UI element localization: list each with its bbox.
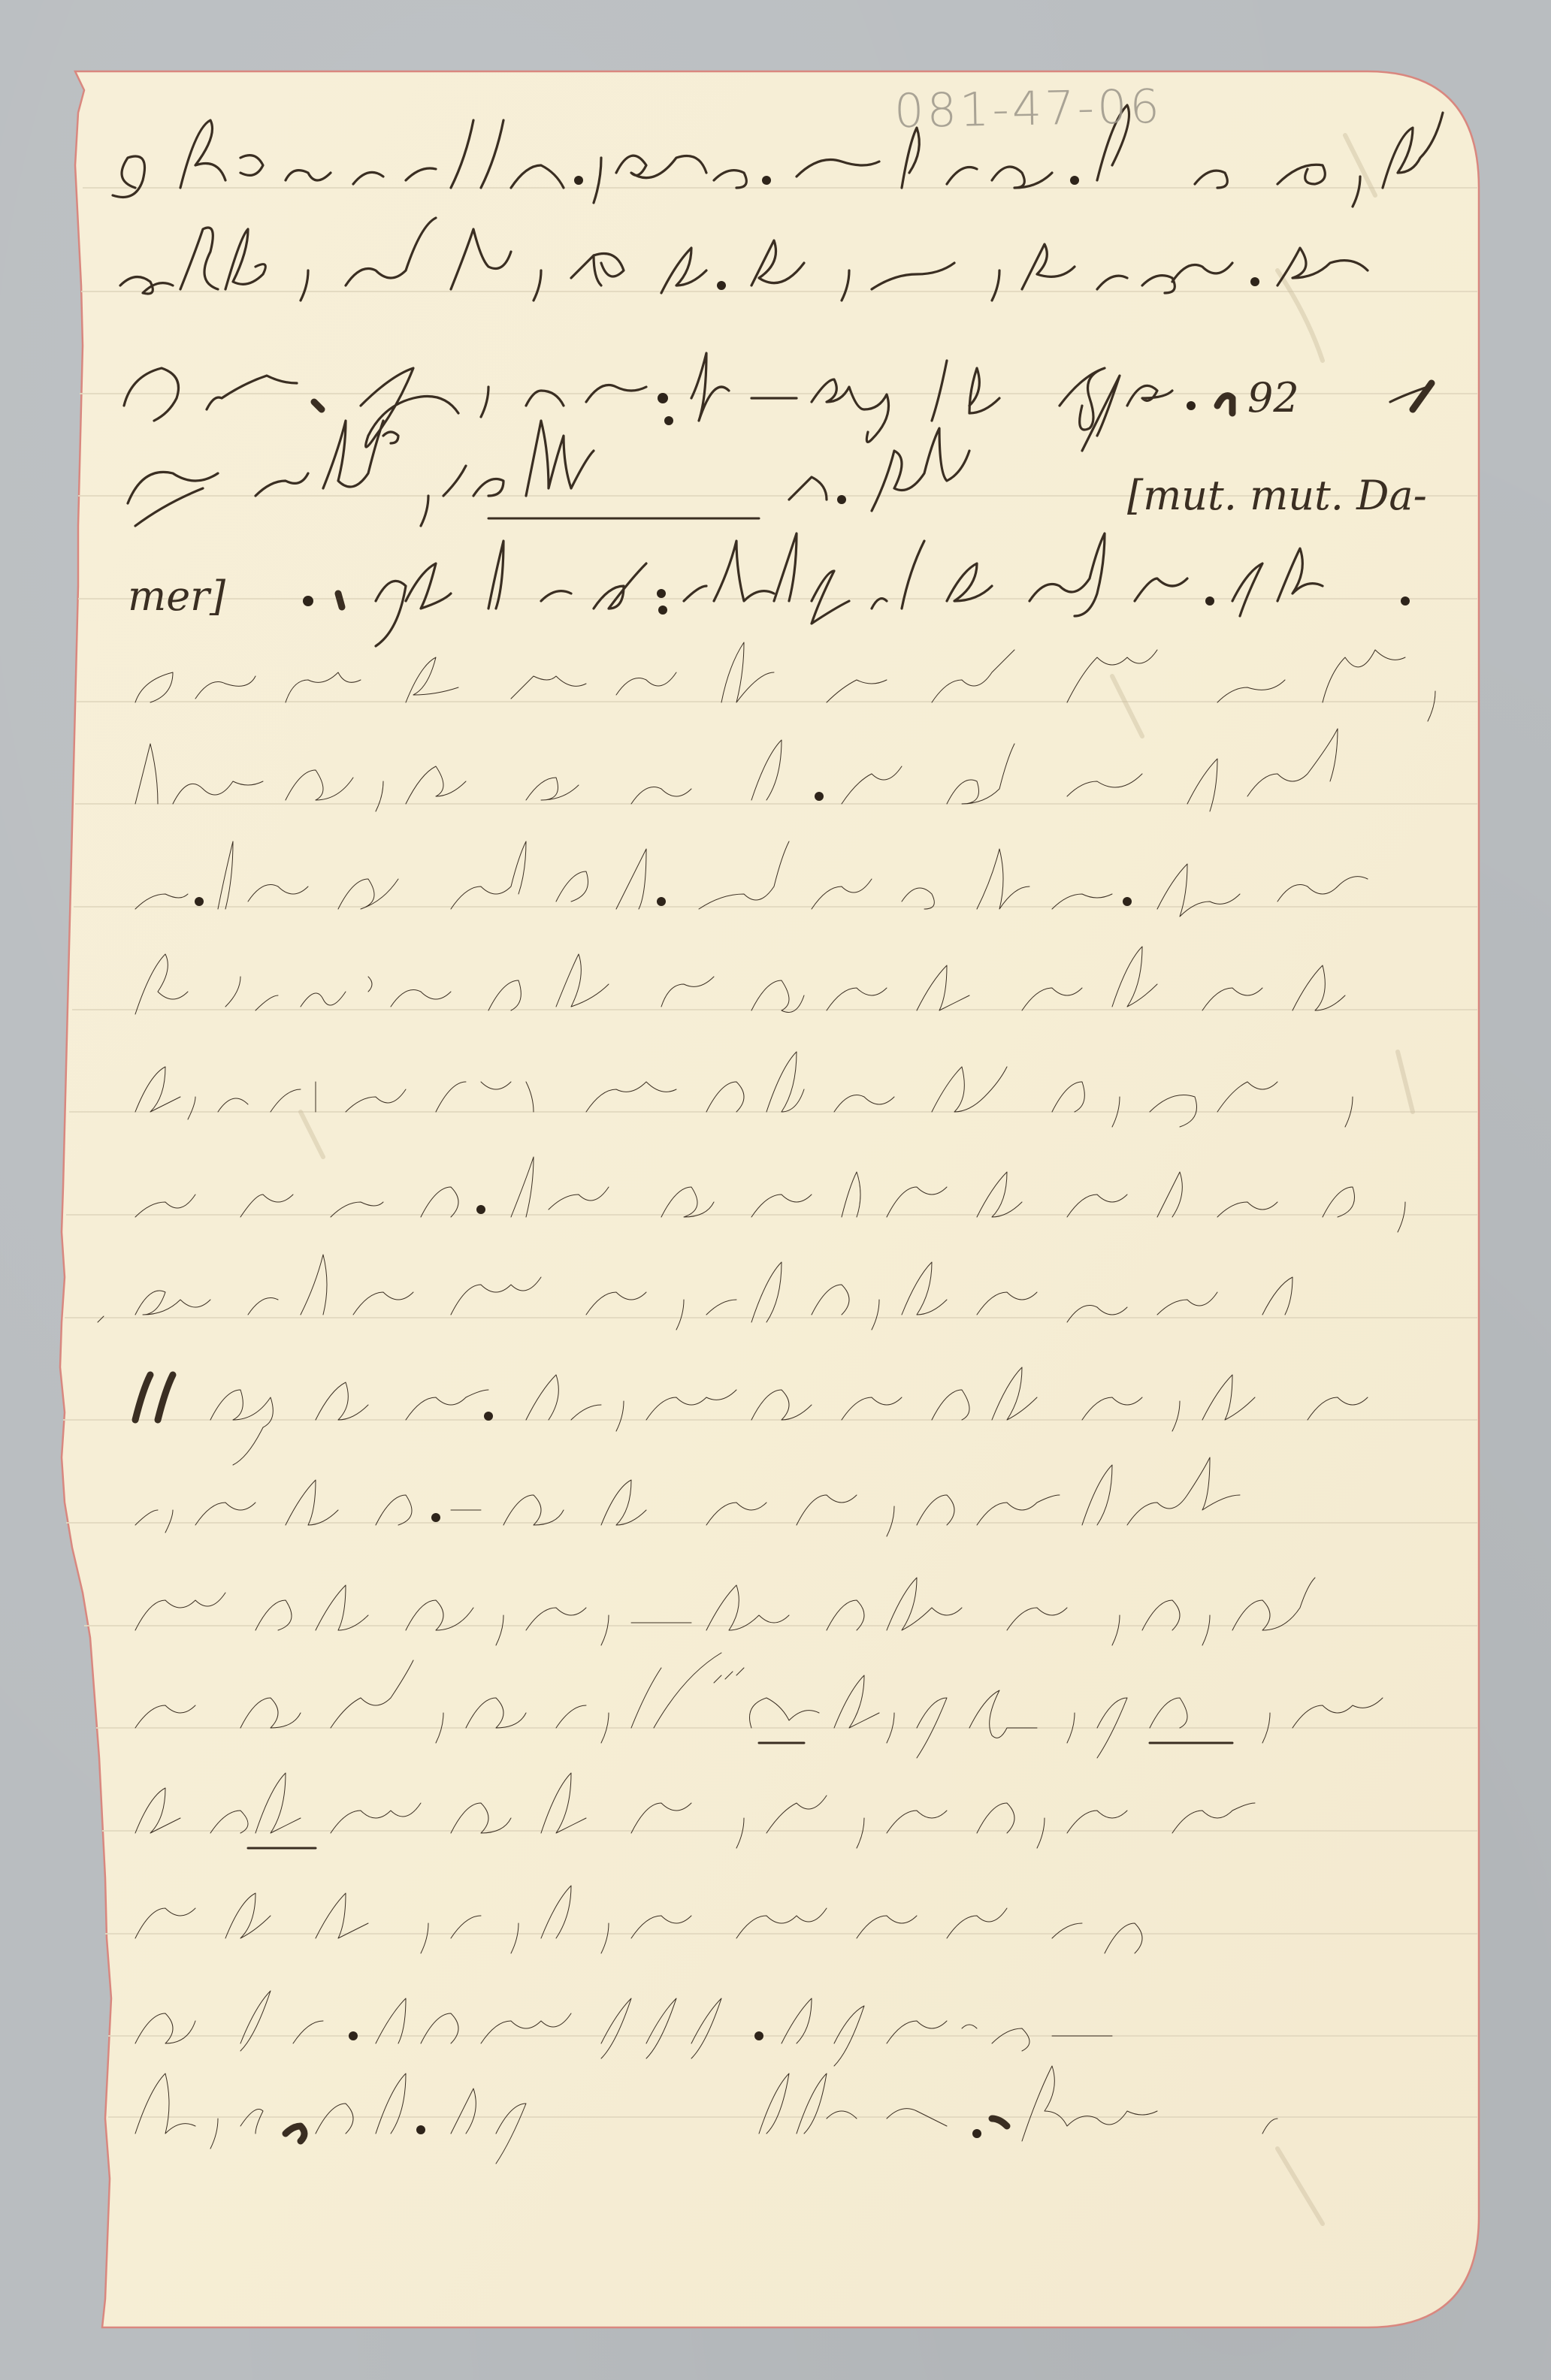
bracketed-annotation-close: mer] xyxy=(128,572,226,620)
inline-numerals: 92 xyxy=(1247,374,1299,421)
catalog-number: 081-47-06 xyxy=(893,79,1162,138)
bracketed-annotation-open: [mut. mut. Da- xyxy=(1127,472,1427,519)
manuscript-page: 92 [mut. mut. Da- mer] xyxy=(0,0,1551,2380)
